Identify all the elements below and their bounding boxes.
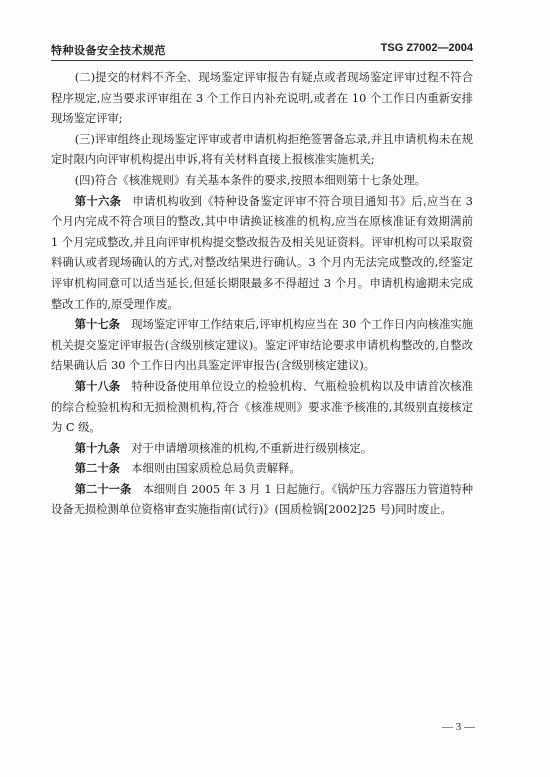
document-code: TSG Z7002—2004 bbox=[381, 42, 473, 54]
paragraph: (二)提交的材料不齐全、现场鉴定评审报告有疑点或者现场鉴定评审过程不符合程序规定… bbox=[51, 68, 473, 130]
paragraph-text: 申请机构收到《特种设备鉴定评审不符合项目通知书》后,应当在 3 个月内完成不符合… bbox=[51, 195, 473, 311]
document-body: (二)提交的材料不齐全、现场鉴定评审报告有疑点或者现场鉴定评审过程不符合程序规定… bbox=[51, 68, 473, 521]
article-20: 第二十条本细则由国家质检总局负责解释。 bbox=[51, 459, 473, 480]
article-number: 第十六条 bbox=[75, 195, 122, 208]
article-number: 第十八条 bbox=[75, 380, 121, 393]
paragraph-text: 对于申请增项核准的机构,不重新进行级别核定。 bbox=[131, 442, 372, 455]
document-series-title: 特种设备安全技术规范 bbox=[51, 42, 166, 58]
article-18: 第十八条特种设备使用单位设立的检验机构、气瓶检验机构以及申请首次核准的综合检验机… bbox=[51, 377, 473, 439]
paragraph-text: (二)提交的材料不齐全、现场鉴定评审报告有疑点或者现场鉴定评审过程不符合程序规定… bbox=[51, 71, 473, 125]
article-number: 第二十条 bbox=[75, 462, 120, 475]
page-number: — 3 — bbox=[442, 721, 475, 733]
article-number: 第十七条 bbox=[75, 318, 120, 331]
article-17: 第十七条现场鉴定评审工作结束后,评审机构应当在 30 个工作日内向核准实施机关提… bbox=[51, 315, 473, 377]
paragraph-text: 本细则由国家质检总局负责解释。 bbox=[131, 462, 300, 475]
article-number: 第十九条 bbox=[75, 442, 120, 455]
paragraph: (四)符合《核准规则》有关基本条件的要求,按照本细则第十七条处理。 bbox=[51, 171, 473, 192]
article-16: 第十六条申请机构收到《特种设备鉴定评审不符合项目通知书》后,应当在 3 个月内完… bbox=[51, 192, 473, 316]
article-number: 第二十一条 bbox=[75, 483, 132, 496]
page-header: 特种设备安全技术规范 TSG Z7002—2004 bbox=[51, 40, 473, 61]
article-21: 第二十一条本细则自 2005 年 3 月 1 日起施行。《锅炉压力容器压力管道特… bbox=[51, 480, 473, 521]
paragraph-text: (四)符合《核准规则》有关基本条件的要求,按照本细则第十七条处理。 bbox=[75, 174, 426, 187]
article-19: 第十九条对于申请增项核准的机构,不重新进行级别核定。 bbox=[51, 439, 473, 460]
paragraph-text: (三)评审组终止现场鉴定评审或者申请机构拒绝签署备忘录,并且申请机构未在规定时限… bbox=[51, 133, 473, 167]
paragraph: (三)评审组终止现场鉴定评审或者申请机构拒绝签署备忘录,并且申请机构未在规定时限… bbox=[51, 130, 473, 171]
